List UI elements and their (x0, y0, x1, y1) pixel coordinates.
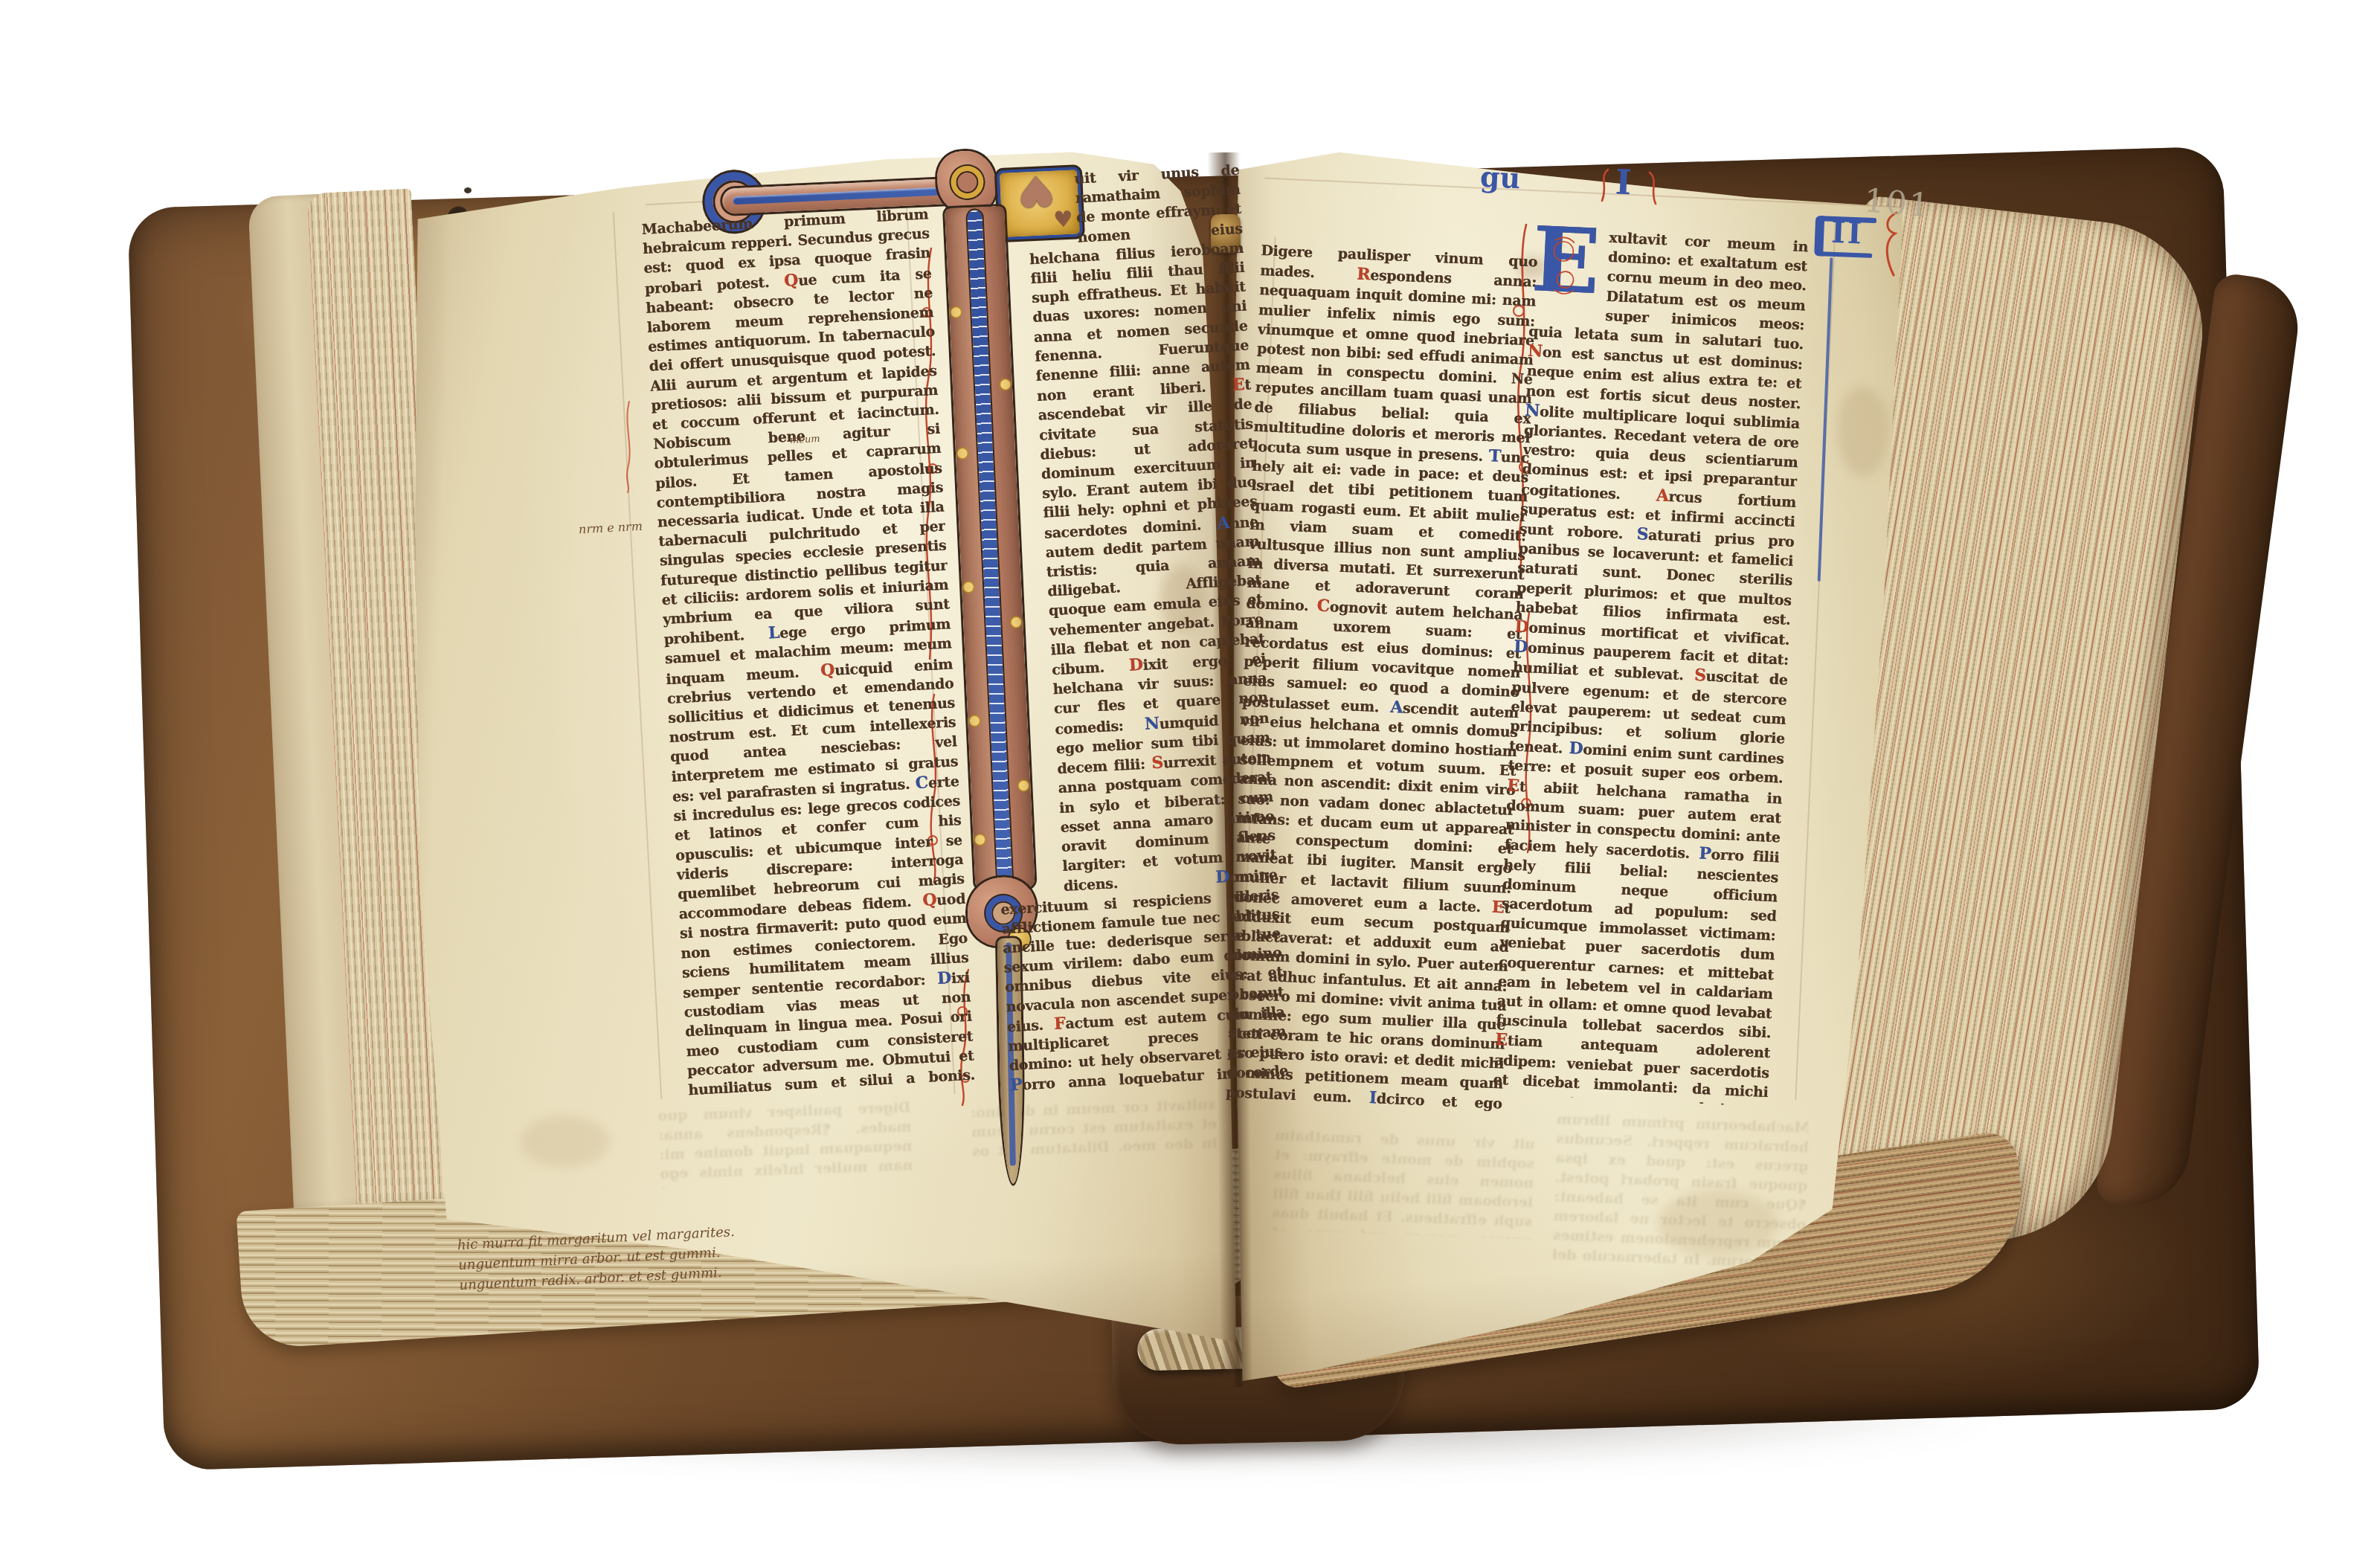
right-column-2-samuel-2: E xultavit cor meum in domino: et exalta… (1493, 225, 1809, 1107)
interlinear-gloss: meum (790, 434, 820, 446)
chapter-marker: II (1817, 213, 1891, 268)
parchment-stain (521, 1116, 610, 1168)
initial-wrap-spacer (961, 170, 1077, 235)
pen-flourish-icon (620, 399, 637, 495)
initial-E-wrap: E (1530, 225, 1609, 307)
running-title-book-numeral: I (1615, 162, 1633, 203)
parchment-stain (1837, 387, 1889, 476)
running-title-fragment: gu (1479, 160, 1521, 195)
show-through-text: uit vir unus de ramathaim sophim de mont… (1272, 1126, 1536, 1239)
ink-blot (464, 187, 472, 193)
samuel-2-text: xultavit cor meum in domino: et exaltatu… (1493, 230, 1809, 1107)
blue-initial-E-icon: E (1530, 225, 1608, 307)
pen-flourish-icon (1645, 170, 1662, 207)
left-column-1-prologue: Machabeorum primum librum hebraicum repp… (641, 205, 976, 1100)
samuel-1-continued-text: Digere paulisper vinum quo mades. Respon… (1225, 242, 1537, 1115)
manuscript-photo: Digere paulisper vinum quo mades. ¶Respo… (0, 0, 2380, 1561)
show-through-text: Machabeorum primum librum hebraicum repp… (1552, 1110, 1810, 1271)
chapter-numeral: II (1830, 215, 1864, 251)
prologue-text: Machabeorum primum librum hebraicum repp… (641, 206, 975, 1098)
chapter-marker-bracket (1814, 216, 1824, 256)
svg-text:E: E (1530, 225, 1602, 307)
pen-flourish-icon (1596, 167, 1612, 204)
right-column-1-samuel-1: Digere paulisper vinum quo mades. Respon… (1225, 241, 1537, 1115)
